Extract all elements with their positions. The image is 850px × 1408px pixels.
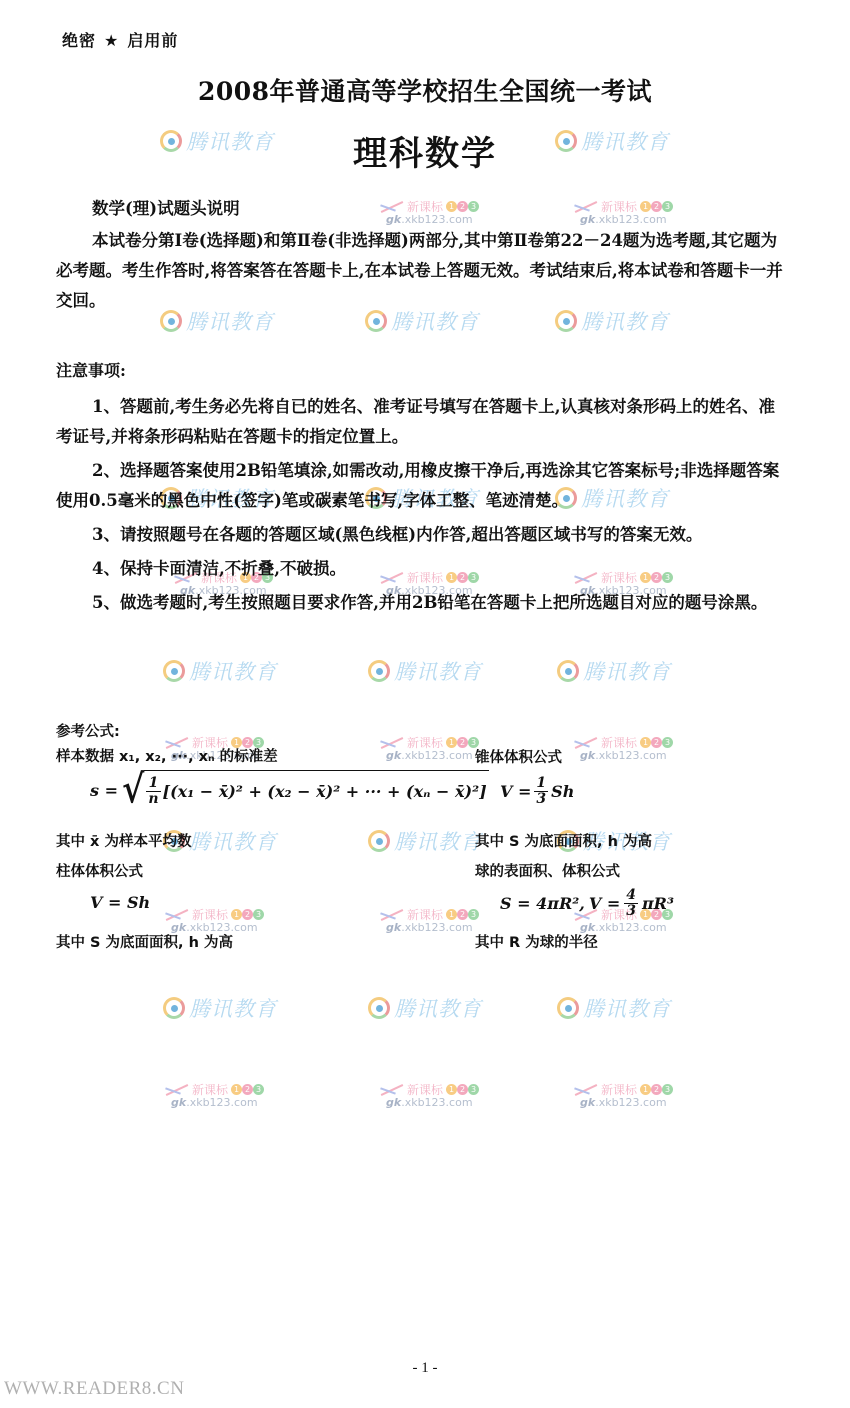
watermark-tencent: 腾讯教育 bbox=[557, 993, 671, 1023]
cylinder-formula: V = Sh bbox=[90, 893, 150, 912]
cylinder-note: 其中 S 为底面面积, h 为高 bbox=[56, 931, 233, 952]
note-item: 3、请按照题号在各题的答题区域(黑色线框)内作答,超出答题区域书写的答案无效。 bbox=[92, 525, 702, 544]
checkmark-icon bbox=[163, 907, 189, 921]
sqrt-icon: √ bbox=[122, 767, 144, 813]
notes-heading: 注意事项: bbox=[56, 358, 126, 381]
watermark-xkb123: 新课标123gk.xkb123.com bbox=[378, 1080, 488, 1114]
std-dev-formula: s = √ 1n [(x₁ − x̄)² + (x₂ − x̄)² + ··· … bbox=[90, 770, 489, 810]
page-number: - 1 - bbox=[0, 1360, 850, 1377]
std-dev-note: 其中 x̄ 为样本平均数 bbox=[56, 830, 191, 851]
tencent-logo-icon bbox=[163, 997, 185, 1019]
watermark-xkb123: 新课标123gk.xkb123.com bbox=[572, 1080, 682, 1114]
note-item: 1、答题前,考生务必先将自已的姓名、准考证号填写在答题卡上,认真核对条形码上的姓… bbox=[56, 397, 775, 446]
sphere-label: 球的表面积、体积公式 bbox=[475, 860, 620, 881]
watermark-tencent: 腾讯教育 bbox=[368, 826, 482, 856]
checkmark-icon bbox=[163, 1082, 189, 1096]
tencent-logo-icon bbox=[557, 660, 579, 682]
note-item: 5、做选考题时,考生按照题目要求作答,并用2B铅笔在答题卡上把所选题目对应的题号… bbox=[92, 593, 767, 612]
intro-heading: 数学(理)试题头说明 bbox=[92, 199, 240, 218]
watermark-xkb123: 新课标123gk.xkb123.com bbox=[572, 733, 682, 767]
tencent-logo-icon bbox=[163, 660, 185, 682]
intro-body: 本试卷分第Ⅰ卷(选择题)和第Ⅱ卷(非选择题)两部分,其中第Ⅱ卷第22－24题为选… bbox=[56, 231, 783, 310]
std-dev-label: 样本数据 x₁, x₂, ···, xₙ 的标准差 bbox=[56, 745, 278, 766]
note-item: 2、选择题答案使用2B铅笔填涂,如需改动,用橡皮擦干净后,再选涂其它答案标号;非… bbox=[56, 461, 779, 510]
watermark-tencent: 腾讯教育 bbox=[368, 993, 482, 1023]
intro-section: 数学(理)试题头说明 本试卷分第Ⅰ卷(选择题)和第Ⅱ卷(非选择题)两部分,其中第… bbox=[56, 194, 786, 316]
checkmark-icon bbox=[572, 735, 598, 749]
tencent-logo-icon bbox=[557, 997, 579, 1019]
sphere-note: 其中 R 为球的半径 bbox=[475, 931, 598, 952]
cylinder-label: 柱体体积公式 bbox=[56, 860, 143, 881]
tencent-logo-icon bbox=[368, 997, 390, 1019]
subject-title: 理科数学 bbox=[0, 126, 850, 175]
site-watermark: WWW.READER8.CN bbox=[4, 1378, 184, 1400]
checkmark-icon bbox=[572, 1082, 598, 1096]
formulas-heading: 参考公式: bbox=[56, 720, 120, 741]
watermark-tencent: 腾讯教育 bbox=[557, 656, 671, 686]
sphere-formula: S = 4πR², V = 43 πR³ bbox=[500, 888, 674, 919]
note-item: 4、保持卡面清洁,不折叠,不破损。 bbox=[92, 559, 346, 578]
exam-title: 2008年普通高等学校招生全国统一考试 bbox=[0, 72, 850, 108]
watermark-xkb123: 新课标123gk.xkb123.com bbox=[378, 733, 488, 767]
checkmark-icon bbox=[378, 735, 404, 749]
checkmark-icon bbox=[378, 907, 404, 921]
cone-formula: V = 13 Sh bbox=[500, 776, 574, 807]
tencent-logo-icon bbox=[368, 830, 390, 852]
tencent-logo-icon bbox=[368, 660, 390, 682]
watermark-xkb123: 新课标123gk.xkb123.com bbox=[163, 1080, 273, 1114]
watermark-xkb123: 新课标123gk.xkb123.com bbox=[378, 905, 488, 939]
cone-label: 锥体体积公式 bbox=[475, 746, 562, 767]
confidential-label: 绝密★启用前 bbox=[62, 28, 178, 51]
watermark-tencent: 腾讯教育 bbox=[163, 993, 277, 1023]
cone-note: 其中 S 为底面面积, h 为高 bbox=[475, 830, 652, 851]
watermark-tencent: 腾讯教育 bbox=[163, 656, 277, 686]
checkmark-icon bbox=[378, 1082, 404, 1096]
star-icon: ★ bbox=[104, 31, 119, 50]
notes-list: 1、答题前,考生务必先将自已的姓名、准考证号填写在答题卡上,认真核对条形码上的姓… bbox=[56, 392, 786, 618]
watermark-tencent: 腾讯教育 bbox=[368, 656, 482, 686]
